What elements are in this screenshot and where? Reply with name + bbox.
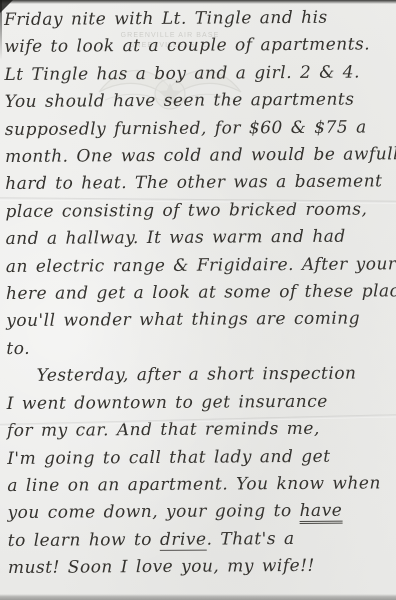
letter-line: Lt Tingle has a boy and a girl. 2 & 4. bbox=[4, 59, 394, 89]
paragraph: Friday nite with Lt. Tingle and hiswife … bbox=[4, 4, 396, 363]
underlined-word: have bbox=[300, 501, 343, 524]
paragraph: Yesterday, after a short inspectionI wen… bbox=[6, 361, 396, 583]
letter-line: to. bbox=[6, 333, 396, 363]
letter-line: to learn how to drive. That's a bbox=[8, 525, 396, 555]
letter-page: GREENVILLE AIR BASE GREENVILLE, S. C. Fr… bbox=[0, 0, 396, 600]
paper-edge-top bbox=[0, 0, 396, 4]
letter-line: must! Soon I love you, my wife!! bbox=[8, 552, 396, 582]
letter-line: I went downtown to get insurance bbox=[7, 388, 396, 418]
letter-line: Yesterday, after a short inspection bbox=[6, 361, 396, 391]
letter-line: I'm going to call that lady and get bbox=[7, 443, 396, 473]
underlined-word: drive bbox=[160, 529, 207, 550]
letter-line: Friday nite with Lt. Tingle and his bbox=[4, 4, 394, 34]
letter-line: for my car. And that reminds me, bbox=[7, 415, 396, 445]
letter-line: here and get a look at some of these pla… bbox=[6, 278, 396, 308]
letter-line: and a hallway. It was warm and had bbox=[6, 224, 396, 254]
letter-line: month. One was cold and would be awfully bbox=[5, 141, 395, 171]
letter-body: Friday nite with Lt. Tingle and hiswife … bbox=[4, 4, 396, 582]
letter-line: wife to look at a couple of apartments. bbox=[4, 32, 394, 62]
letter-line: hard to heat. The other was a basement bbox=[5, 169, 395, 199]
letter-line: an electric range & Frigidaire. After yo… bbox=[6, 251, 396, 281]
letter-line: you'll wonder what things are coming bbox=[6, 306, 396, 336]
letter-line: place consisting of two bricked rooms, bbox=[5, 196, 395, 226]
paper-edge-left bbox=[0, 0, 2, 60]
letter-line: You should have seen the apartments bbox=[5, 86, 395, 116]
letter-line: you come down, your going to have bbox=[7, 498, 396, 528]
letter-line: supposedly furnished, for $60 & $75 a bbox=[5, 114, 395, 144]
paper-edge-bottom bbox=[0, 594, 396, 600]
letter-line: a line on an apartment. You know when bbox=[7, 470, 396, 500]
